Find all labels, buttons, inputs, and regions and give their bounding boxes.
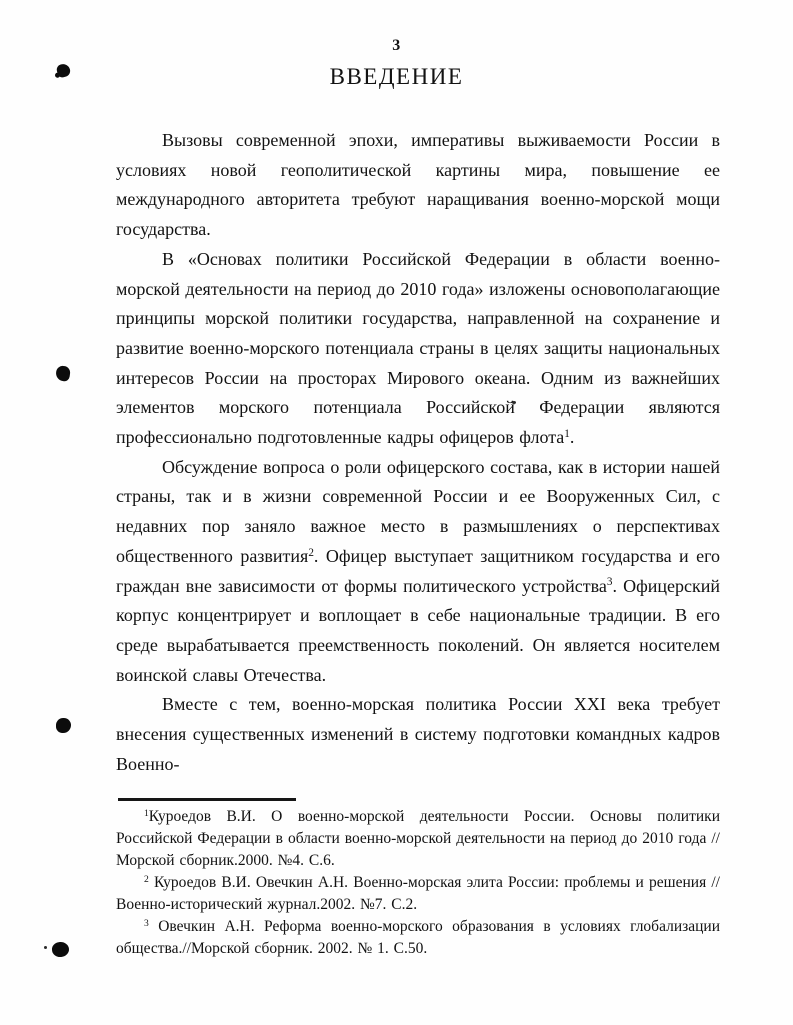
page-number: 3 xyxy=(0,0,793,56)
page-title: ВВЕДЕНИЕ xyxy=(0,64,793,90)
ink-blot xyxy=(56,718,71,733)
footnote: 1Куроедов В.И. О военно-морской деятельн… xyxy=(116,806,720,872)
footnotes-section: 1Куроедов В.И. О военно-морской деятельн… xyxy=(116,798,720,960)
footnote-separator xyxy=(118,798,296,801)
body-text: Вызовы современной эпохи, императивы выж… xyxy=(116,126,720,779)
paragraph: В «Основах политики Российской Федерации… xyxy=(116,245,720,453)
ink-speck xyxy=(512,401,516,404)
ink-blot xyxy=(55,365,71,382)
paragraph: Вызовы современной эпохи, императивы выж… xyxy=(116,126,720,245)
paragraph: Вместе с тем, военно-морская политика Ро… xyxy=(116,690,720,779)
ink-speck xyxy=(44,946,47,949)
paragraph: Обсуждение вопроса о роли офицерского со… xyxy=(116,453,720,691)
document-page: 3 ВВЕДЕНИЕ Вызовы современной эпохи, имп… xyxy=(0,0,793,1025)
footnote: 2 Куроедов В.И. Овечкин А.Н. Военно-морс… xyxy=(116,872,720,916)
footnote: 3 Овечкин А.Н. Реформа военно-морского о… xyxy=(116,916,720,960)
ink-blot xyxy=(51,941,69,957)
